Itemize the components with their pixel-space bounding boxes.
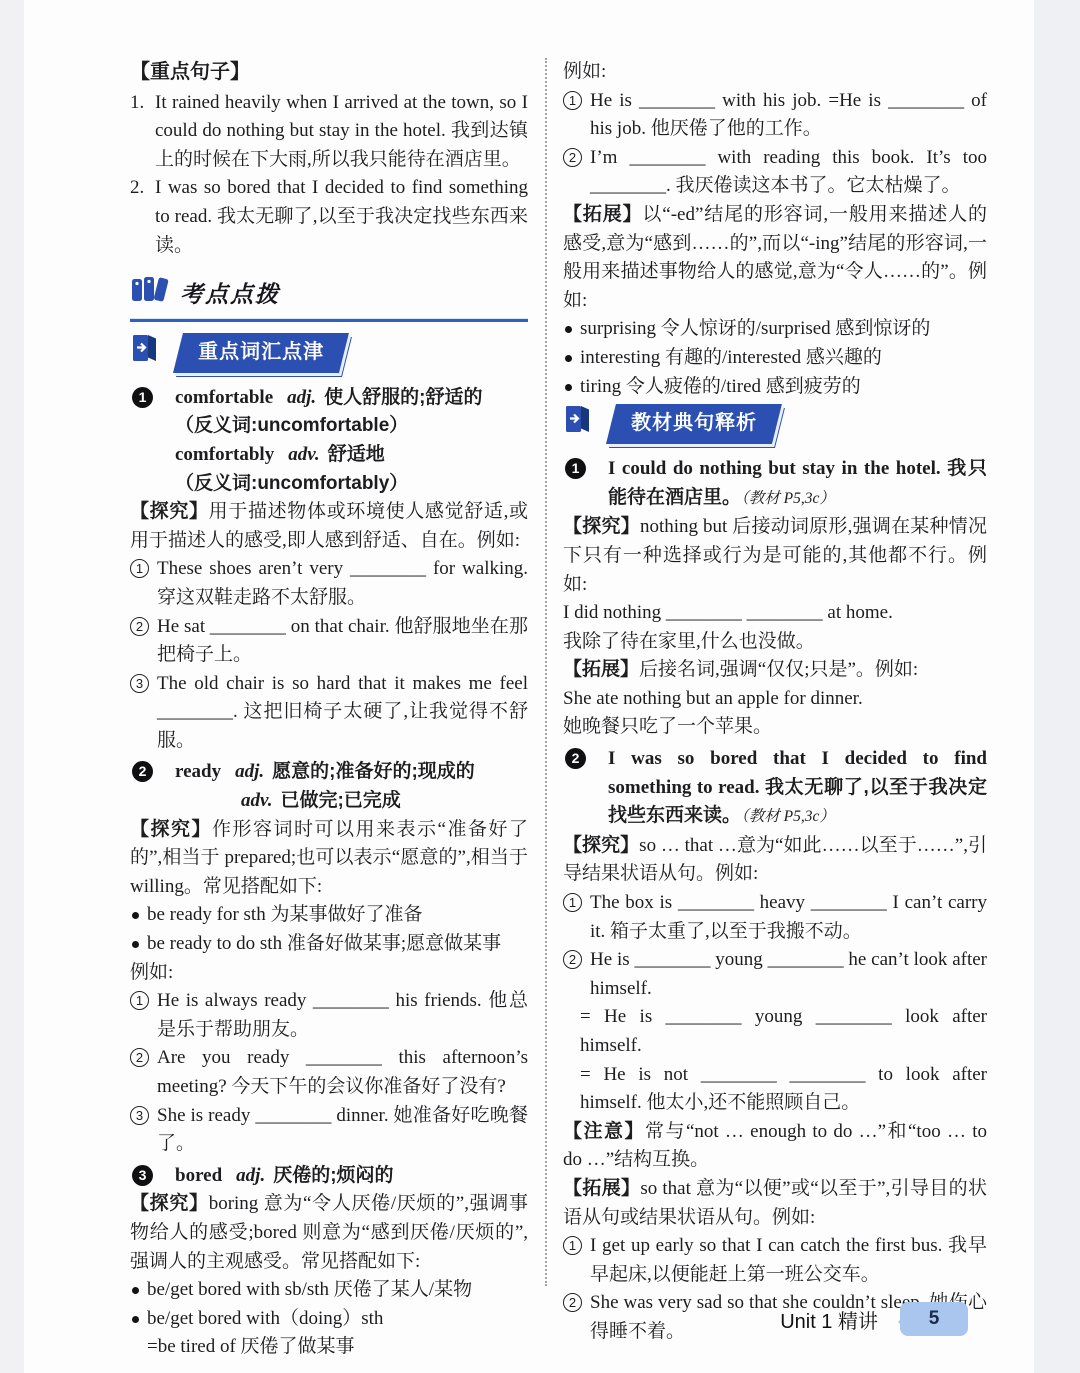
circled-number: 3 (130, 674, 149, 693)
example-item: 3 The old chair is so hard that it makes… (130, 670, 528, 756)
bullet-item: be/get bored with sb/sth 厌倦了某人/某物 (130, 1276, 528, 1305)
circled-number: 2 (563, 950, 582, 969)
circled-number: 1 (563, 893, 582, 912)
list-number: 1. (130, 89, 144, 118)
entry-number-badge: 3 (132, 1165, 153, 1186)
textbook-sentence-1: 1 I could do nothing but stay in the hot… (563, 455, 987, 513)
section-header-label: 考点点拨 (180, 280, 280, 309)
vocab-banner-row: 重点词汇点津 (130, 334, 528, 372)
entry-number-badge: 1 (565, 458, 586, 479)
vocab-entry-comfortable: 1 comfortableadj.使人舒服的;舒适的 （反义词:uncomfor… (130, 384, 528, 498)
door-icon (130, 332, 160, 374)
key-sentence-2: 2. I was so bored that I decided to find… (130, 174, 528, 260)
entry-line: adv.已做完;已完成 (241, 787, 528, 816)
antonym-line: （反义词:uncomfortably） (175, 470, 528, 499)
equivalent-line: = He is not ________ ________ to look af… (563, 1061, 987, 1118)
bullet-item: be/get bored with（doing）sth (130, 1305, 528, 1334)
entry-line: comfortableadj.使人舒服的;舒适的 (175, 384, 528, 413)
circled-number: 2 (563, 1293, 582, 1312)
translation-line: 她晚餐只吃了一个苹果。 (563, 713, 987, 742)
textbook-banner: 教材典句释析 (606, 404, 782, 444)
explore-paragraph: 【探究】用于描述物体或环境使人感觉舒适,或用于描述人的感受,即人感到舒适、自在。… (130, 498, 528, 555)
page-left-edge (0, 0, 24, 1373)
key-sentence-text: It rained heavily when I arrived at the … (155, 92, 528, 170)
circled-number: 3 (130, 1106, 149, 1125)
circled-number: 2 (563, 148, 582, 167)
vocab-entry-bored: 3 boredadj.厌倦的;烦闷的 (130, 1162, 528, 1191)
bullet-item: surprising 令人惊讶的/surprised 感到惊讶的 (563, 315, 987, 344)
key-sentences-title: 【重点句子】 (130, 58, 528, 87)
left-column: 【重点句子】 1. It rained heavily when I arriv… (130, 58, 528, 1362)
example-item: 3 She is ready ________ dinner. 她准备好吃晚餐了… (130, 1102, 528, 1159)
textbook-ref: （教材 P5,3c） (741, 490, 835, 507)
explore-paragraph: 【探究】作形容词时可以用来表示“准备好了的”,相当于 prepared;也可以表… (130, 816, 528, 902)
door-icon (563, 403, 593, 445)
extension-paragraph: 【拓展】后接名词,强调“仅仅;只是”。例如: (563, 656, 987, 685)
textbook-ref: （教材 P5,3c） (741, 808, 835, 825)
extension-paragraph: 【拓展】以“-ed”结尾的形容词,一般用来描述人的感受,意为“感到……的”,而以… (563, 201, 987, 315)
example-item: 1 He is always ready ________ his friend… (130, 987, 528, 1044)
circled-number: 1 (130, 559, 149, 578)
textbook-banner-row: 教材典句释析 (563, 405, 987, 443)
example-item: 2 He sat ________ on that chair. 他舒服地坐在那… (130, 613, 528, 670)
entry-line: comfortablyadv.舒适地 (175, 441, 528, 470)
circled-number: 2 (130, 617, 149, 636)
example-item: 1 He is ________ with his job. =He is __… (563, 87, 987, 144)
page-number-badge: 5 (900, 1302, 968, 1336)
entry-number-badge: 1 (132, 387, 153, 408)
entry-number-badge: 2 (565, 748, 586, 769)
bullet-item: be ready to do sth 准备好做某事;愿意做某事 (130, 930, 528, 959)
bullet-item: tiring 令人疲倦的/tired 感到疲劳的 (563, 373, 987, 402)
circled-number: 1 (563, 1236, 582, 1255)
example-item: 1 I get up early so that I can catch the… (563, 1232, 987, 1289)
example-line: She ate nothing but an apple for dinner. (563, 685, 987, 714)
entry-line: readyadj.愿意的;准备好的;现成的 (175, 758, 528, 787)
example-item: 2 Are you ready ________ this afternoon’… (130, 1044, 528, 1101)
explore-paragraph: 【探究】nothing but 后接动词原形,强调在某种情况下只有一种选择或行为… (563, 513, 987, 599)
right-column: 例如: 1 He is ________ with his job. =He i… (563, 58, 987, 1347)
eg-label: 例如: (563, 58, 987, 87)
section-rule (130, 318, 528, 322)
example-item: 1 The box is ________ heavy ________ I c… (563, 889, 987, 946)
key-sentence-1: 1. It rained heavily when I arrived at t… (130, 89, 528, 175)
bullet-item: interesting 有趣的/interested 感兴趣的 (563, 344, 987, 373)
example-item: 2 He is ________ young ________ he can’t… (563, 946, 987, 1003)
column-divider (545, 58, 547, 1286)
example-item: 2 I’m ________ with reading this book. I… (563, 144, 987, 201)
circled-number: 1 (563, 91, 582, 110)
bullet-item: be ready for sth 为某事做好了准备 (130, 901, 528, 930)
example-item: 1 These shoes aren’t very ________ for w… (130, 555, 528, 612)
bullet-sub-line: =be tired of 厌倦了做某事 (130, 1333, 528, 1362)
example-line: I did nothing ________ ________ at home. (563, 599, 987, 628)
translation-line: 我除了待在家里,什么也没做。 (563, 628, 987, 657)
footer-label: Unit 1 精讲 (780, 1305, 878, 1334)
circled-number: 2 (130, 1048, 149, 1067)
explore-paragraph: 【探究】so … that …意为“如此……以至于……”,引导结果状语从句。例如… (563, 832, 987, 889)
textbook-sentence-2: 2 I was so bored that I decided to find … (563, 745, 987, 832)
note-paragraph: 【注意】常与“not … enough to do …”和“too … to d… (563, 1118, 987, 1175)
eg-label: 例如: (130, 959, 528, 988)
vocab-banner: 重点词汇点津 (173, 333, 349, 373)
equivalent-line: = He is ________ young ________ look aft… (563, 1003, 987, 1060)
entry-number-badge: 2 (132, 761, 153, 782)
extension-paragraph: 【拓展】so that 意为“以便”或“以至于”,引导目的状语从句或结果状语从句… (563, 1175, 987, 1232)
explore-paragraph: 【探究】boring 意为“令人厌倦/厌烦的”,强调事物给人的感受;bored … (130, 1190, 528, 1276)
books-icon (130, 274, 170, 314)
page-right-edge (1034, 0, 1080, 1373)
circled-number: 1 (130, 991, 149, 1010)
entry-line: boredadj.厌倦的;烦闷的 (175, 1162, 528, 1191)
list-number: 2. (130, 174, 144, 203)
antonym-line: （反义词:uncomfortable） (175, 412, 528, 441)
section-header: 考点点拨 (130, 274, 528, 314)
vocab-entry-ready: 2 readyadj.愿意的;准备好的;现成的 adv.已做完;已完成 (130, 758, 528, 815)
key-sentence-text: I was so bored that I decided to find so… (155, 177, 528, 255)
page-footer: Unit 1 精讲 5 (780, 1302, 968, 1336)
